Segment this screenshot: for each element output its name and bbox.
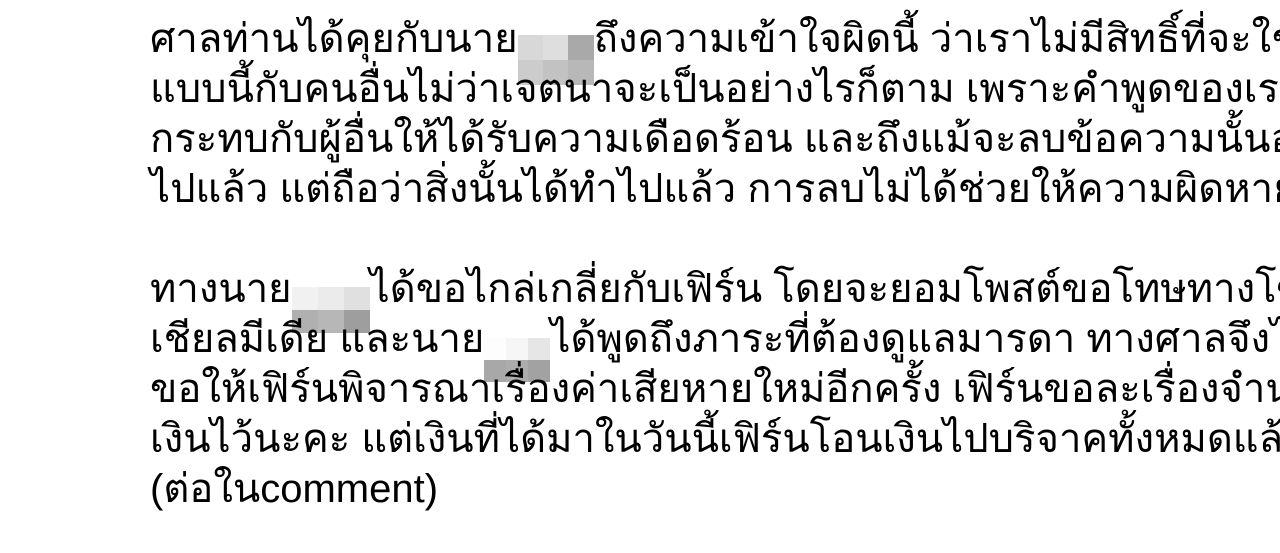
text-line: เชียลมีเดีย และนายได้พูดถึงภาระที่ต้องดู…: [150, 314, 1260, 364]
text-segment: (ต่อในcomment): [150, 467, 438, 511]
text-segment: ทางนาย: [150, 267, 292, 311]
text-segment: ได้พูดถึงภาระที่ต้องดูแลมารดา ทางศาลจึงไ…: [550, 317, 1280, 361]
paragraph: ศาลท่านได้คุยกับนายถึงความเข้าใจผิดนี้ ว…: [150, 14, 1260, 214]
text-line: เงินไว้นะคะ แต่เงินที่ได้มาในวันนี้เฟิร์…: [150, 414, 1260, 464]
text-line: ขอให้เฟิร์นพิจารณาเรื่องค่าเสียหายใหม่อี…: [150, 364, 1260, 414]
text-segment: ถึงความเข้าใจผิดนี้ ว่าเราไม่มีสิทธิ์ที่…: [594, 17, 1280, 61]
text-segment: ไปแล้ว แต่ถือว่าสิ่งนั้นได้ทำไปแล้ว การล…: [150, 167, 1280, 211]
text-line: แบบนี้กับคนอื่นไม่ว่าเจตนาจะเป็นอย่างไรก…: [150, 64, 1260, 114]
text-segment: เชียลมีเดีย และนาย: [150, 317, 484, 361]
text-line: กระทบกับผู้อื่นให้ได้รับความเดือดร้อน แล…: [150, 114, 1260, 164]
text-segment: เงินไว้นะคะ แต่เงินที่ได้มาในวันนี้เฟิร์…: [150, 417, 1280, 461]
text-segment: ขอให้เฟิร์นพิจารณาเรื่องค่าเสียหายใหม่อี…: [150, 367, 1280, 411]
text-segment: กระทบกับผู้อื่นให้ได้รับความเดือดร้อน แล…: [150, 117, 1280, 161]
post-text: ศาลท่านได้คุยกับนายถึงความเข้าใจผิดนี้ ว…: [0, 0, 1280, 514]
text-line: ไปแล้ว แต่ถือว่าสิ่งนั้นได้ทำไปแล้ว การล…: [150, 164, 1260, 214]
text-segment: แบบนี้กับคนอื่นไม่ว่าเจตนาจะเป็นอย่างไรก…: [150, 67, 1280, 111]
text-segment: ศาลท่านได้คุยกับนาย: [150, 17, 518, 61]
text-line: ศาลท่านได้คุยกับนายถึงความเข้าใจผิดนี้ ว…: [150, 14, 1260, 64]
paragraph: ทางนายได้ขอไกล่เกลี่ยกับเฟิร์น โดยจะยอมโ…: [150, 264, 1260, 514]
text-line: ทางนายได้ขอไกล่เกลี่ยกับเฟิร์น โดยจะยอมโ…: [150, 264, 1260, 314]
text-line: (ต่อในcomment): [150, 464, 1260, 514]
text-segment: ได้ขอไกล่เกลี่ยกับเฟิร์น โดยจะยอมโพสต์ขอ…: [370, 267, 1280, 311]
